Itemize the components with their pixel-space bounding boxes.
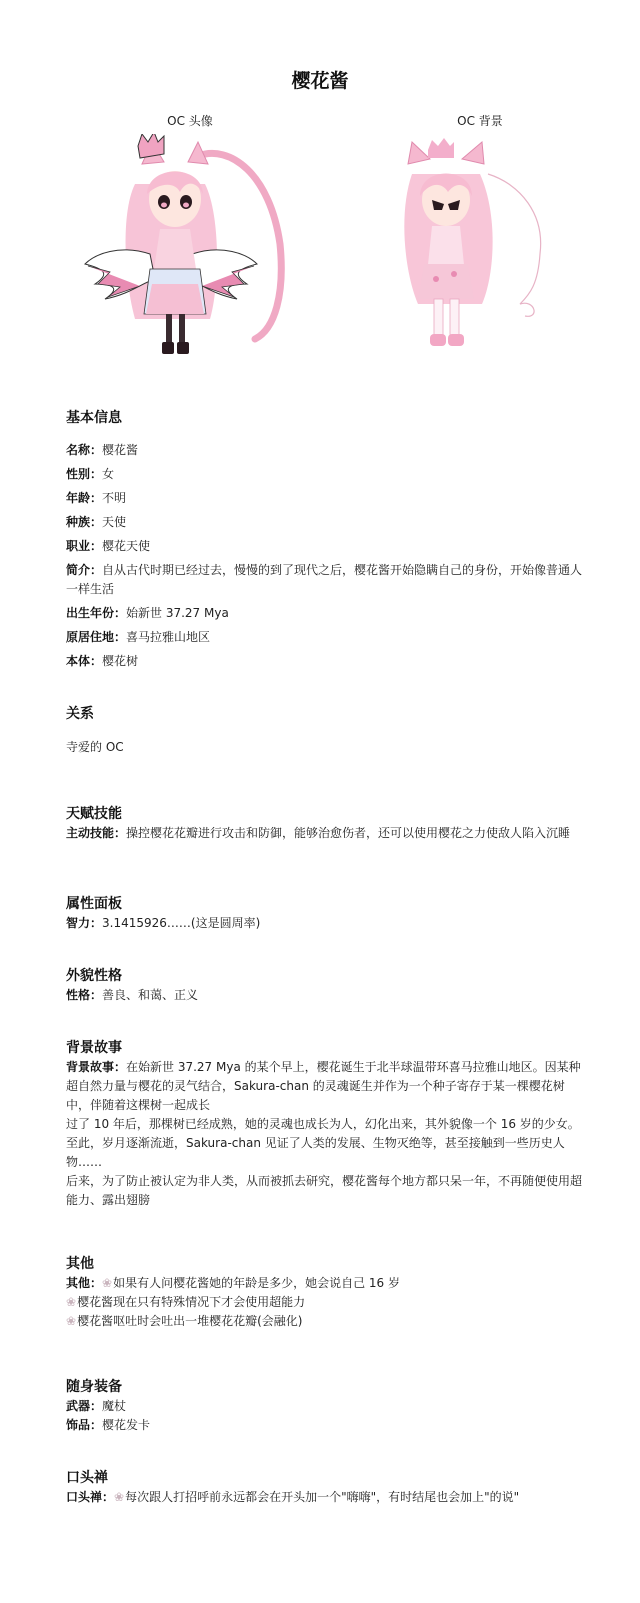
equipment-heading: 随身装备: [66, 1377, 586, 1397]
skills-section: 天赋技能 主动技能：操控樱花花瓣进行攻击和防御，能够治愈伤者，还可以使用樱花之力…: [66, 804, 586, 843]
other-item: ❀樱花酱现在只有特殊情况下才会使用超能力: [66, 1293, 586, 1312]
equipment-section: 随身装备 武器：魔杖 饰品：樱花发卡: [66, 1377, 586, 1435]
oc-avatar-image: [80, 134, 300, 359]
page-title: 樱花酱: [0, 66, 640, 93]
relations-section: 关系 寺爱的 OC: [66, 704, 586, 757]
basic-info-section: 基本信息 名称：樱花酱 性别：女 年龄：不明 种族：天使 职业：樱花天使 简介：…: [66, 408, 586, 671]
basic-info-heading: 基本信息: [66, 408, 586, 428]
catchphrase-section: 口头禅 口头禅：❀每次跟人打招呼前永远都会在开头加一个"嗨嗨"，有时结尾也会加上…: [66, 1468, 586, 1507]
info-row-name: 名称：樱花酱: [66, 441, 586, 460]
stats-section: 属性面板 智力：3.1415926……(这是圆周率): [66, 894, 586, 933]
oc-background-image: [370, 134, 590, 359]
sakura-bullet-icon: ❀: [114, 1490, 124, 1504]
oc-background-label: OC 背景: [370, 112, 590, 130]
stats-heading: 属性面板: [66, 894, 586, 914]
personality-traits: 性格：善良、和蔼、正义: [66, 986, 586, 1005]
info-row-occupation: 职业：樱花天使: [66, 537, 586, 556]
info-row-race: 种族：天使: [66, 513, 586, 532]
personality-section: 外貌性格 性格：善良、和蔼、正义: [66, 966, 586, 1005]
catchphrase-text: 口头禅：❀每次跟人打招呼前永远都会在开头加一个"嗨嗨"，有时结尾也会加上"的说": [66, 1488, 586, 1507]
backstory-paragraph-2: 过了 10 年后，那棵树已经成熟，她的灵魂也成长为人，幻化出来，其外貌像一个 1…: [66, 1115, 586, 1172]
info-row-origin: 原居住地：喜马拉雅山地区: [66, 628, 586, 647]
sakura-bullet-icon: ❀: [102, 1276, 112, 1290]
other-section: 其他 其他：❀如果有人问樱花酱她的年龄是多少，她会说自己 16 岁 ❀樱花酱现在…: [66, 1254, 586, 1331]
oc-avatar-section: OC 头像: [80, 112, 300, 359]
personality-heading: 外貌性格: [66, 966, 586, 986]
other-item: ❀樱花酱呕吐时会吐出一堆樱花花瓣(会融化): [66, 1312, 586, 1331]
info-row-gender: 性别：女: [66, 465, 586, 484]
equipment-accessory: 饰品：樱花发卡: [66, 1416, 586, 1435]
info-row-intro: 简介：自从古代时期已经过去，慢慢的到了现代之后，樱花酱开始隐瞒自己的身份，开始像…: [66, 561, 586, 599]
sakura-bullet-icon: ❀: [66, 1314, 76, 1328]
backstory-heading: 背景故事: [66, 1038, 586, 1058]
backstory-section: 背景故事 背景故事：在始新世 37.27 Mya 的某个早上，樱花诞生于北半球温…: [66, 1038, 586, 1210]
relations-heading: 关系: [66, 704, 586, 724]
info-row-age: 年龄：不明: [66, 489, 586, 508]
other-item: 其他：❀如果有人问樱花酱她的年龄是多少，她会说自己 16 岁: [66, 1274, 586, 1293]
relations-text: 寺爱的 OC: [66, 738, 586, 757]
backstory-paragraph-1: 背景故事：在始新世 37.27 Mya 的某个早上，樱花诞生于北半球温带环喜马拉…: [66, 1058, 586, 1115]
other-heading: 其他: [66, 1254, 586, 1274]
info-row-birth-year: 出生年份：始新世 37.27 Mya: [66, 604, 586, 623]
oc-background-section: OC 背景: [370, 112, 590, 359]
catchphrase-heading: 口头禅: [66, 1468, 586, 1488]
stats-intelligence: 智力：3.1415926……(这是圆周率): [66, 914, 586, 933]
backstory-paragraph-3: 后来，为了防止被认定为非人类，从而被抓去研究，樱花酱每个地方都只呆一年，不再随便…: [66, 1172, 586, 1210]
skills-active: 主动技能：操控樱花花瓣进行攻击和防御，能够治愈伤者，还可以使用樱花之力使敌人陷入…: [66, 824, 586, 843]
sakura-bullet-icon: ❀: [66, 1295, 76, 1309]
oc-avatar-label: OC 头像: [80, 112, 300, 130]
equipment-weapon: 武器：魔杖: [66, 1397, 586, 1416]
info-row-true-form: 本体：樱花树: [66, 652, 586, 671]
skills-heading: 天赋技能: [66, 804, 586, 824]
